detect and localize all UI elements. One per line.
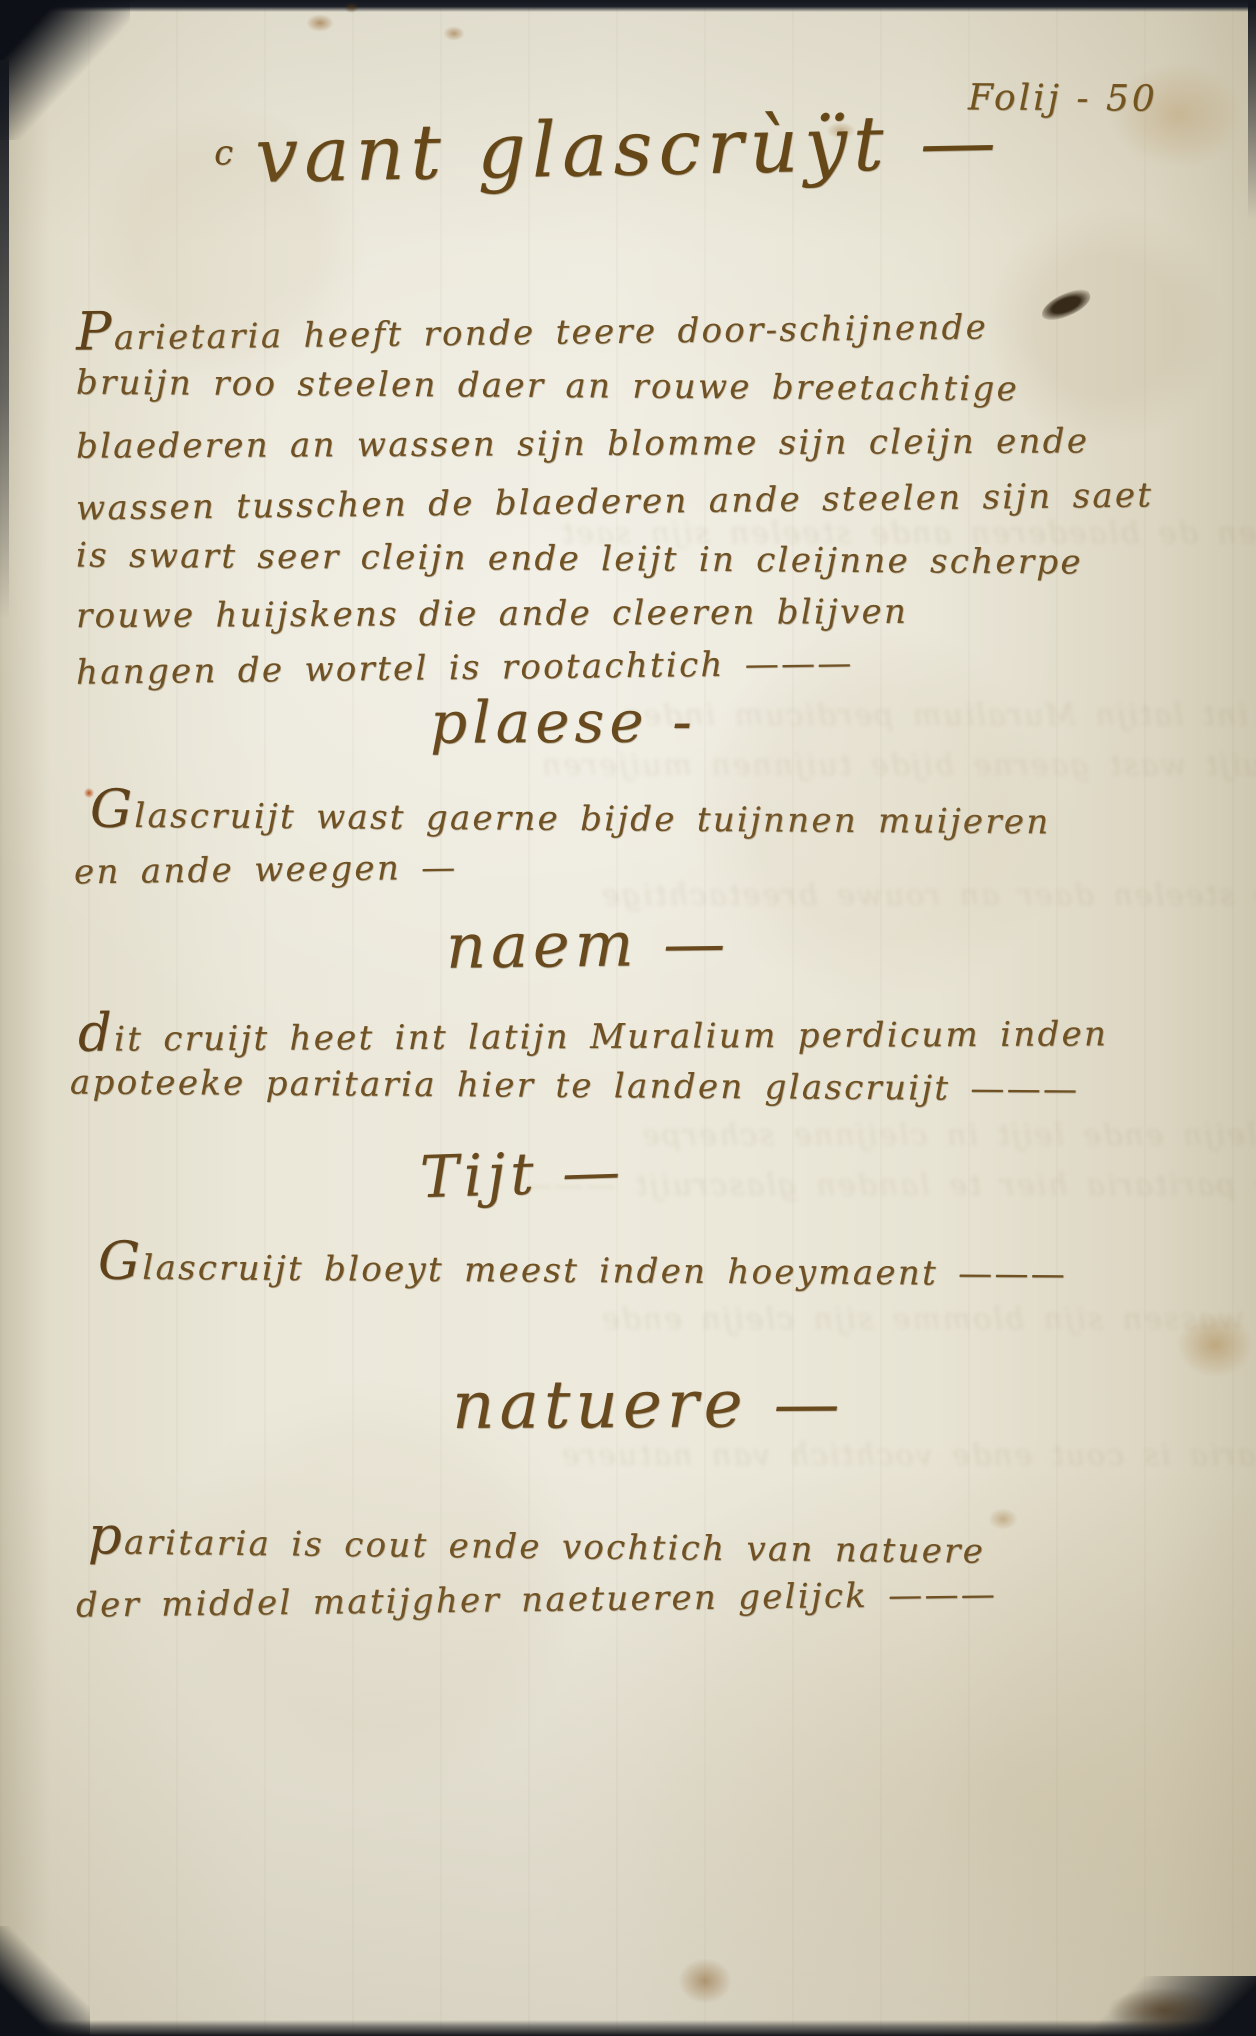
description-line: wassen tusschen de blaederen ande steele… — [76, 475, 1154, 528]
foxing-stain — [1176, 1312, 1254, 1378]
binding-corner-bottom-right — [1036, 1976, 1256, 2036]
foxing-stain — [988, 1508, 1018, 1530]
page-title-text: vant glascrùÿt — — [254, 96, 1002, 199]
natuere-line: paritaria is cout ende vochtich van natu… — [88, 1515, 986, 1571]
ink-blot — [1038, 285, 1094, 325]
section-heading-naem: naem — — [446, 906, 731, 982]
description-line: blaederen an wassen sijn blomme sijn cle… — [76, 421, 1089, 466]
foxing-stain — [678, 1958, 732, 2004]
binding-edge-left — [0, 60, 9, 620]
foxing-stain-bottom-right — [1108, 1988, 1218, 2032]
foxing-stain — [443, 26, 465, 41]
manuscript-page-scan: wassen tusschen de blaederen ande steele… — [0, 0, 1256, 2036]
plaese-line: Glascruijt wast gaerne bijde tuijnnen mu… — [90, 789, 1051, 843]
binding-corner-bottom-left — [0, 1926, 90, 2036]
description-line: Parietaria heeft ronde teere door-schijn… — [76, 300, 988, 358]
bleedthrough-text: dit cruijt heet int latijn Muralium perd… — [620, 698, 1256, 733]
description-line: rouwe huijskens die ande cleeren blijven — [76, 592, 908, 636]
binding-corner-top-left — [0, 0, 130, 140]
description-line: is swart seer cleijn ende leijt in cleij… — [76, 535, 1083, 582]
binding-edge-top — [0, 0, 1256, 12]
naem-line: apoteeke paritaria hier te landen glascr… — [70, 1062, 1080, 1109]
plaese-line: en ande weegen — — [74, 848, 458, 893]
title-flourish-mark: c — [214, 133, 234, 173]
description-line: bruijn roo steelen daer an rouwe breetac… — [76, 363, 1019, 410]
page-title: cvant glascrùÿt — — [213, 96, 1002, 200]
section-heading-natuere: natuere — — [452, 1365, 845, 1444]
bleedthrough-text: blaederen an wassen sijn blomme sijn cle… — [600, 1302, 1256, 1337]
foxing-stain — [344, 2, 359, 13]
foxing-stain — [306, 14, 334, 32]
section-heading-tijt: Tijt — — [419, 1137, 626, 1211]
binding-edge-right-top — [1248, 0, 1256, 220]
naem-line: dit cruijt heet int latijn Muralium perd… — [78, 1007, 1108, 1059]
bleedthrough-text: apoteeke paritaria hier te landen glascr… — [520, 1168, 1256, 1203]
section-heading-plaese: plaese - — [430, 687, 697, 756]
tijt-line: Glascruijt bloeyt meest inden hoeymaent … — [98, 1241, 1067, 1295]
natuere-line: der middel matijgher naetueren gelijck —… — [76, 1574, 998, 1625]
description-line: hangen de wortel is rootachtich ——— — [76, 643, 854, 692]
bleedthrough-text: is swart seer cleijn ende leijt in cleij… — [640, 1118, 1256, 1153]
bleedthrough-text: paritaria is cout ende vochtich van natu… — [560, 1438, 1256, 1473]
binding-edge-bottom — [0, 2020, 1256, 2036]
